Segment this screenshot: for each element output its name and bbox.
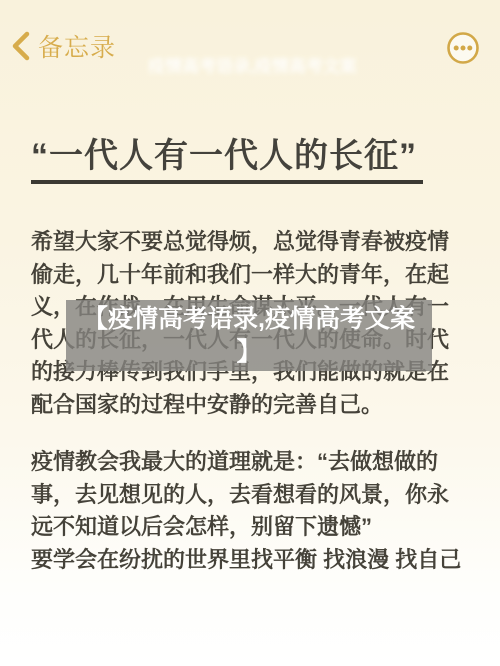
note-paragraph-2: 疫情教会我最大的道理就是：“去做想做的 事，去见想见的人，去看想看的风景，你永 …	[31, 446, 477, 576]
note-editor[interactable]: “一代人有一代人的长征” 希望大家不要总觉得烦，总觉得青春被疫情 偷走，几十年前…	[0, 0, 500, 576]
note-title: “一代人有一代人的长征”	[31, 136, 423, 184]
memo-app-screen: 备忘录 疫情高考语录,疫情高考文案 “一代人有一代人的长征” 希望大家不要总觉得…	[0, 0, 500, 666]
note-paragraph-1: 希望大家不要总觉得烦，总觉得青春被疫情 偷走，几十年前和我们一样大的青年，在起 …	[31, 226, 477, 421]
